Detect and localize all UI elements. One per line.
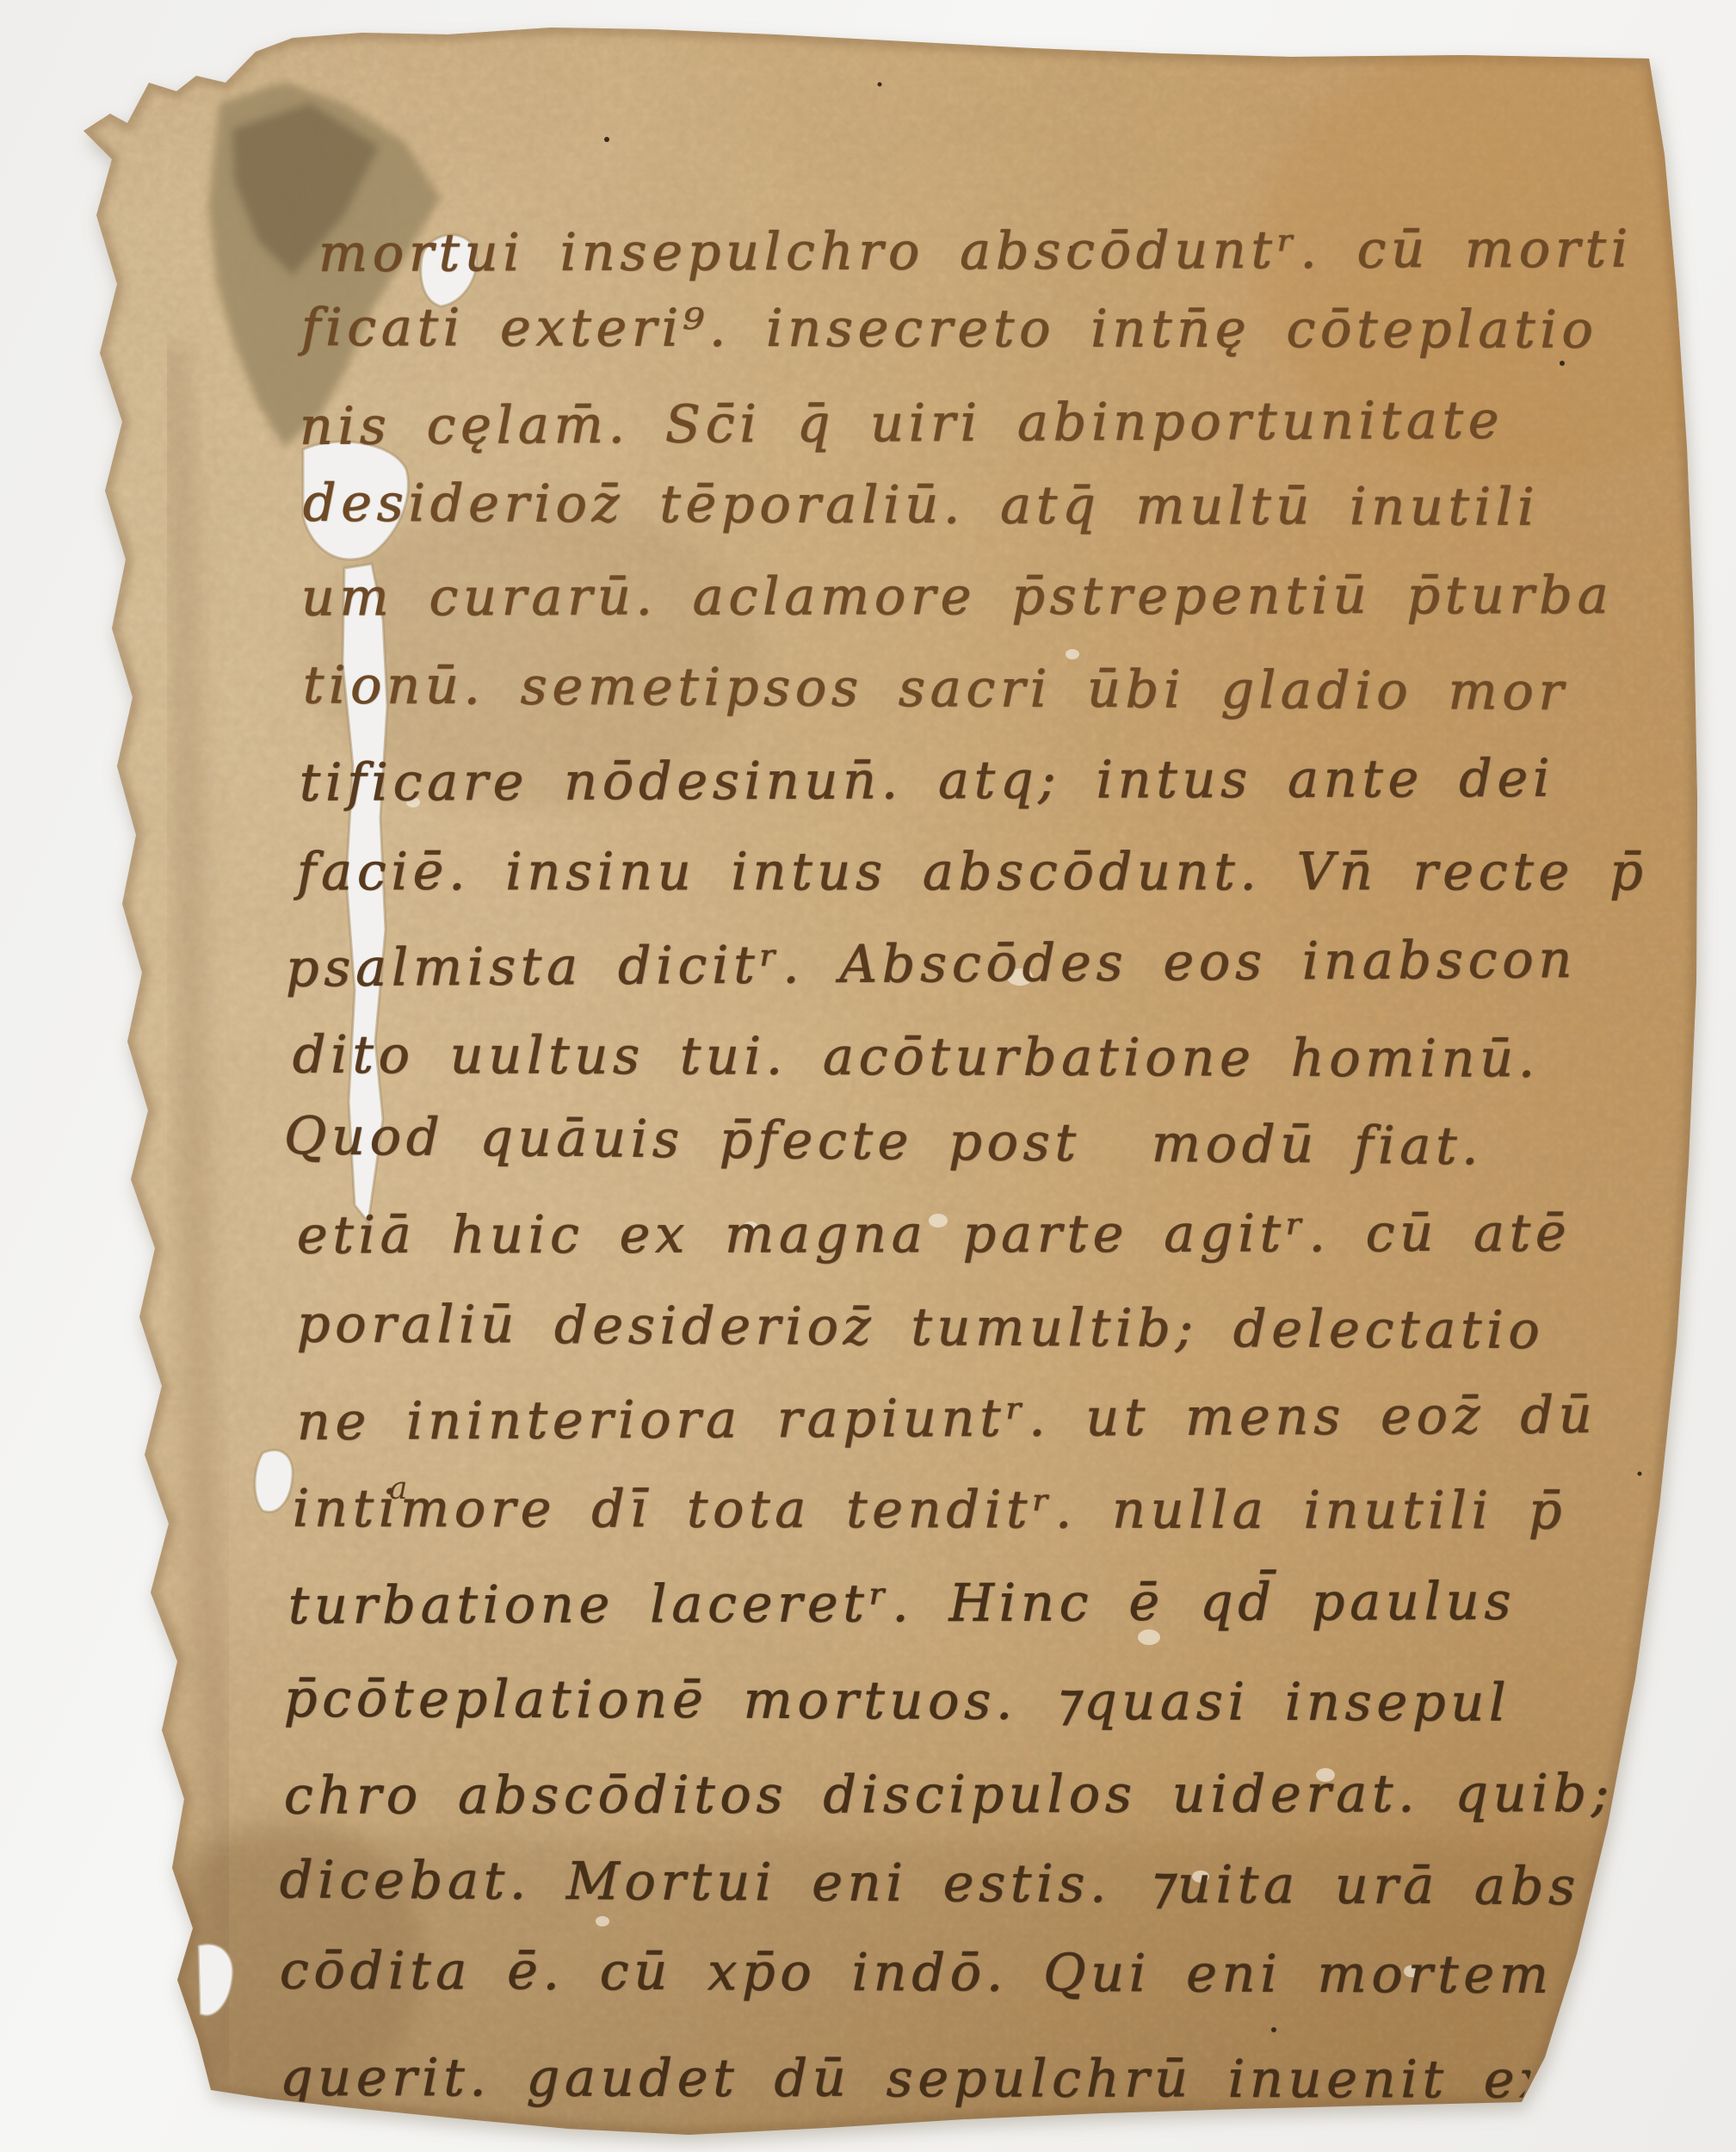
manuscript-line: psalmista dicitʳ. Abscōdes eos inabscon [286, 934, 1578, 994]
manuscript-line: dicebat. Mortui eni estis. ⁊uita urā abs [280, 1854, 1580, 1913]
manuscript-line: desiderioz̄ tēporaliū. atq̄ multū inutil… [303, 477, 1540, 533]
manuscript-line: p̄cōteplationē mortuos. ⁊quasi insepul [284, 1673, 1511, 1729]
manuscript-line: nis cęlam̄. Sc̄i q̄ uiri abinportunitate [300, 394, 1504, 452]
manuscript-line: cōdita ē. cū xp̄o indō. Qui eni mortem [280, 1945, 1554, 2000]
manuscript-line: um curarū. aclamore p̄strepentiū p̄turba [301, 570, 1614, 624]
manuscript-line: mortui insepulchro abscōduntʳ. cū morti [318, 223, 1633, 279]
manuscript-text-block: mortui insepulchro abscōduntʳ. cū morti … [0, 0, 1736, 2152]
manuscript-line: ficati exteri⁹. insecreto intn̄ę cōtepla… [301, 302, 1598, 356]
manuscript-line: turbatione laceretʳ. Hinc ē qd̄ paulus [288, 1576, 1517, 1632]
interlinear-correction: a [389, 1474, 407, 1505]
manuscript-line: intimore dī tota tenditʳ. nulla inutili … [293, 1483, 1566, 1537]
manuscript-line: tionū. semetipsos sacri ūbi gladio mor [303, 659, 1569, 718]
manuscript-photo: mortui insepulchro abscōduntʳ. cū morti … [0, 0, 1736, 2152]
manuscript-line: faciē. insinu intus abscōdunt. Vn̄ recte… [297, 846, 1648, 898]
manuscript-line: chro abscōditos discipulos uiderat. quib… [284, 1768, 1614, 1822]
manuscript-line: etiā huic ex magna parte agitʳ. cū atē [297, 1208, 1572, 1262]
manuscript-line: dito uultus tui. acōturbatione hominū. [293, 1029, 1540, 1085]
manuscript-line: ne ininteriora rapiuntʳ. ut mens eoz̄ dū [297, 1389, 1597, 1448]
manuscript-line: poraliū desiderioz̄ tumultib; delectatio [297, 1298, 1545, 1357]
manuscript-line: querit. gaudet dū sepulchrū inuenit ex [280, 2052, 1554, 2106]
manuscript-line: Quod quāuis p̄fecte post modū fiat. [284, 1110, 1484, 1172]
manuscript-line: tificare nōdesinun̄. atq; intus ante dei [300, 752, 1555, 808]
